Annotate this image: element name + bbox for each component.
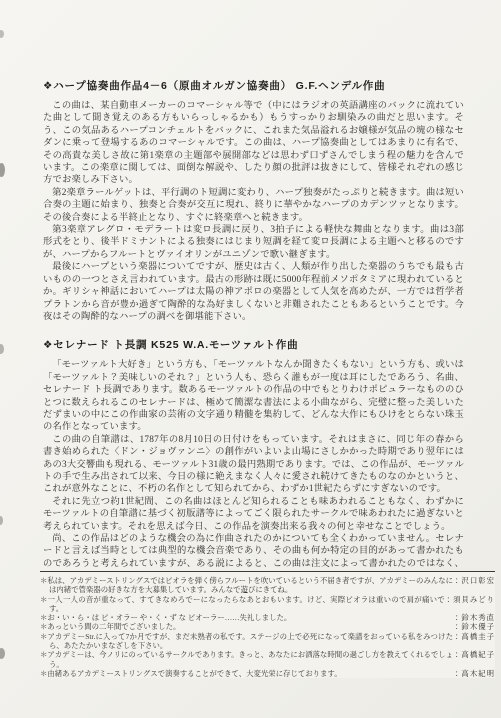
footnote-text: ＊あっという間の二年間でございました。	[40, 622, 180, 631]
section-heading-harp-concerto: ❖ハープ協奏曲作品4－6（原曲オルガン協奏曲） G.F.ヘンデル作曲	[43, 78, 464, 93]
paragraph: この曲の自筆譜は、1787年の8月10日の日付けをもっています。それはまさに、同…	[43, 434, 464, 496]
footnote-item: ：高木紀明＊由緒あるアカデミーストリングスで演奏することができて、大変光栄に存じ…	[40, 669, 495, 678]
program-notes-page: ❖ハープ協奏曲作品4－6（原曲オルガン協奏曲） G.F.ヘンデル作曲 この曲は、…	[0, 0, 501, 718]
paragraph: 最後にハープという楽器についてですが、歴史は古く、人類が作り出した楽器のうちでも…	[43, 261, 464, 323]
footnote-text: ＊お・い・ら・は ビ・オラー や・く・ず な ビオーラー……失礼しました。	[40, 613, 291, 622]
paragraph: この曲は、某自動車メーカーのコマーシャル等で（中にはラジオの英語講座のバックに流…	[43, 100, 464, 187]
footnote-author: ：高橋紀子	[453, 650, 495, 659]
footnote-item: ：鈴木秀直＊お・い・ら・は ビ・オラー や・く・ず な ビオーラー……失礼しまし…	[40, 613, 495, 622]
footnote-text: ＊由緒あるアカデミーストリングスで演奏することができて、大変光栄に存じております…	[40, 669, 342, 678]
paragraph: 「モーツァルト大好き」という方も、「モーツァルトなんか聞きたくもない」という方も…	[43, 359, 464, 433]
scan-artifact	[0, 163, 5, 177]
footnote-author: ：高橋圭子	[453, 632, 495, 641]
footnote-item: ：鈴木優子＊あっという間の二年間でございました。	[40, 622, 495, 631]
scan-artifact	[0, 648, 5, 659]
program-notes-body: ❖ハープ協奏曲作品4－6（原曲オルガン協奏曲） G.F.ヘンデル作曲 この曲は、…	[43, 78, 464, 570]
paragraph: 尚、この作品はどのような機会の為に作曲されたのかについても全くわかっていません。…	[43, 533, 464, 570]
footnote-item: ：須貝みどり＊一人一人の音が重なって、すてきなめろでーになったらなあとおもいます…	[40, 595, 495, 614]
footnote-text: ＊アカデミーStr.に入って7か月ですが、まだ未熟者の私です。ステージの上で必死…	[40, 632, 453, 650]
footnote-author: ：須貝みどり	[445, 595, 495, 604]
paragraph: それに先立つ約1世紀間、この名曲はほとんど知られることも味あわれることもなく、わ…	[43, 496, 464, 533]
footnote-item: ：高橋紀子＊アカデミーは、今ノリにのっているサークルであります。きっと、あなたに…	[40, 650, 495, 669]
member-comments-footer: ：沢口彰宏＊私は、アカデミーストリングスではビオラを弾く傍らフルートを吹いている…	[40, 571, 495, 678]
footnote-author: ：沢口彰宏	[453, 576, 495, 585]
section-serenade: ❖セレナード ト長調 K525 W.A.モーツァルト作曲 「モーツァルト大好き」…	[43, 337, 464, 570]
paragraph: 第3楽章アレグロ・モデラートは変ロ長調に戻り、3拍子による軽快な舞曲となります。…	[43, 224, 464, 261]
footnote-text: ＊アカデミーは、今ノリにのっているサークルであります。きっと、あなたにお洒落な時…	[40, 650, 453, 668]
footnote-author: ：鈴木秀直	[453, 613, 495, 622]
footnote-item: ：高橋圭子＊アカデミーStr.に入って7か月ですが、まだ未熟者の私です。ステージ…	[40, 632, 495, 651]
footnote-author: ：鈴木優子	[453, 622, 495, 631]
scan-artifact	[0, 516, 3, 525]
footnote-text: ＊一人一人の音が重なって、すてきなめろでーになったらなあとおもいます。けど、実際…	[40, 595, 445, 613]
scan-artifact	[0, 30, 4, 38]
footnote-text: ＊私は、アカデミーストリングスではビオラを弾く傍らフルートを吹いているという不届…	[40, 576, 453, 594]
footnote-item: ：沢口彰宏＊私は、アカデミーストリングスではビオラを弾く傍らフルートを吹いている…	[40, 576, 495, 595]
footnote-author: ：高木紀明	[453, 669, 495, 678]
section-heading-serenade: ❖セレナード ト長調 K525 W.A.モーツァルト作曲	[43, 337, 464, 352]
scan-artifact	[0, 344, 4, 354]
section-harp-concerto: ❖ハープ協奏曲作品4－6（原曲オルガン協奏曲） G.F.ヘンデル作曲 この曲は、…	[43, 78, 464, 323]
paragraph: 第2楽章ラールゲットは、平行調のト短調に変わり、ハープ独奏がたっぷりと続きます。…	[43, 187, 464, 224]
